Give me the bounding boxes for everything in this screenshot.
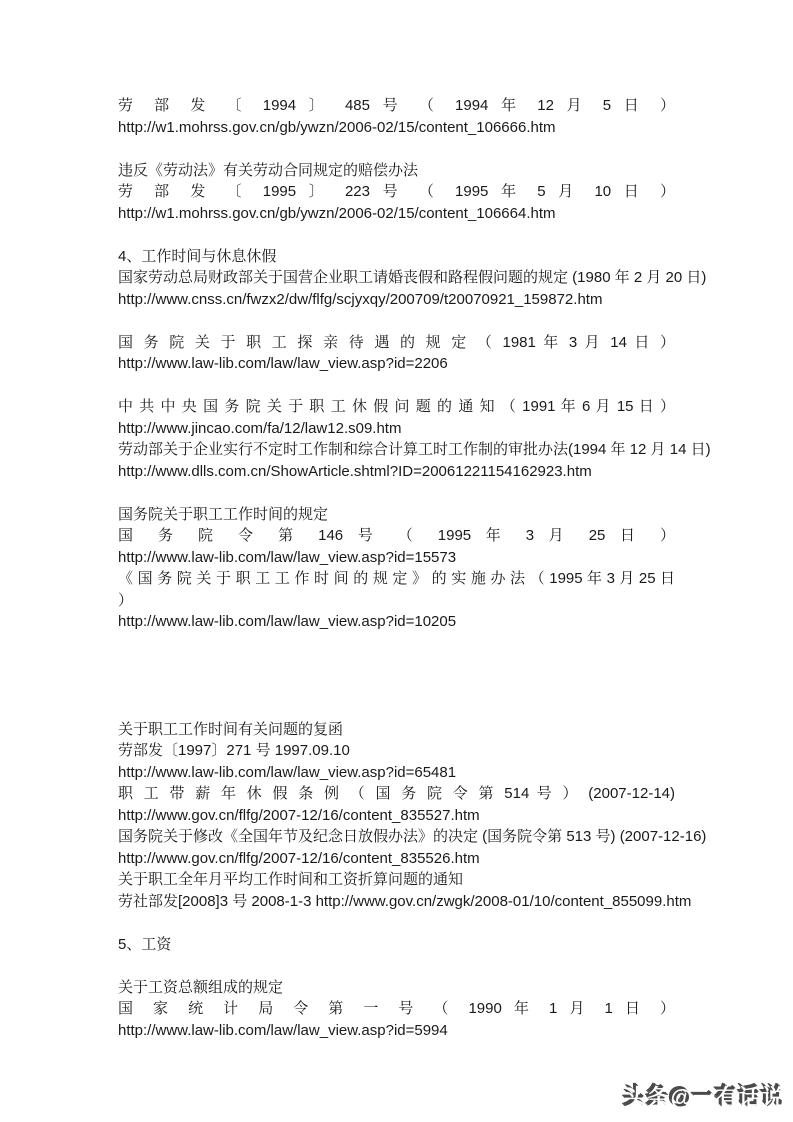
law-title-line: 中 共 中 央 国 务 院 关 于 职 工 休 假 问 题 的 通 知 （ 19… xyxy=(118,396,675,418)
blank-line xyxy=(118,697,675,719)
url-line: http://www.law-lib.com/law/law_view.asp?… xyxy=(118,762,675,784)
doc-number-line: 劳 部 发 〔 1995 〕 223 号 （ 1995 年 5 月 10 日 ） xyxy=(118,181,675,203)
blank-line xyxy=(118,654,675,676)
law-title-line: 国家劳动总局财政部关于国营企业职工请婚丧假和路程假问题的规定 (1980 年 2… xyxy=(118,267,675,289)
url-line: http://www.law-lib.com/law/law_view.asp?… xyxy=(118,547,675,569)
law-title-line: 关于职工全年月平均工作时间和工资折算问题的通知 xyxy=(118,869,675,891)
blank-line xyxy=(118,224,675,246)
document-body: 劳 部 发 〔 1994 〕 485 号 （ 1994 年 12 月 5 日 ）… xyxy=(118,95,675,1041)
doc-number-line: 国 家 统 计 局 令 第 一 号 （ 1990 年 1 月 1 日 ） xyxy=(118,998,675,1020)
law-title-line: 国务院关于职工工作时间的规定 xyxy=(118,504,675,526)
doc-number-line: 国 务 院 令 第 146 号 （ 1995 年 3 月 25 日 ） xyxy=(118,525,675,547)
url-line: http://www.law-lib.com/law/law_view.asp?… xyxy=(118,1020,675,1042)
section-heading: 4、工作时间与休息休假 xyxy=(118,246,675,268)
doc-number-line: 劳部发〔1997〕271 号 1997.09.10 xyxy=(118,740,675,762)
law-title-line: 违反《劳动法》有关劳动合同规定的赔偿办法 xyxy=(118,160,675,182)
url-line: http://www.law-lib.com/law/law_view.asp?… xyxy=(118,611,675,633)
law-title-line: 国 务 院 关 于 职 工 探 亲 待 遇 的 规 定 （ 1981 年 3 月… xyxy=(118,332,675,354)
blank-line xyxy=(118,138,675,160)
law-title-line: 《 国 务 院 关 于 职 工 工 作 时 间 的 规 定 》 的 实 施 办 … xyxy=(118,568,675,611)
blank-line xyxy=(118,310,675,332)
toutiao-watermark: 头条@一有话说 xyxy=(625,1081,785,1112)
doc-number-line: 劳社部发[2008]3 号 2008-1-3 http://www.gov.cn… xyxy=(118,891,675,913)
url-line: http://www.jincao.com/fa/12/law12.s09.ht… xyxy=(118,418,675,440)
section-heading: 5、工资 xyxy=(118,934,675,956)
url-line: http://www.dlls.com.cn/ShowArticle.shtml… xyxy=(118,461,675,483)
doc-number-line: 劳 部 发 〔 1994 〕 485 号 （ 1994 年 12 月 5 日 ） xyxy=(118,95,675,117)
law-title-line: 劳动部关于企业实行不定时工作制和综合计算工时工作制的审批办法(1994 年 12… xyxy=(118,439,675,461)
blank-line xyxy=(118,912,675,934)
blank-line xyxy=(118,375,675,397)
blank-line xyxy=(118,955,675,977)
law-title-line: 国务院关于修改《全国年节及纪念日放假办法》的决定 (国务院令第 513 号) (… xyxy=(118,826,675,848)
law-title-line: 关于职工工作时间有关问题的复函 xyxy=(118,719,675,741)
url-line: http://www.gov.cn/flfg/2007-12/16/conten… xyxy=(118,848,675,870)
url-line: http://www.cnss.cn/fwzx2/dw/flfg/scjyxqy… xyxy=(118,289,675,311)
url-line: http://w1.mohrss.gov.cn/gb/ywzn/2006-02/… xyxy=(118,117,675,139)
url-line: http://w1.mohrss.gov.cn/gb/ywzn/2006-02/… xyxy=(118,203,675,225)
law-title-line: 职 工 带 薪 年 休 假 条 例 （ 国 务 院 令 第 514 号 ） (2… xyxy=(118,783,675,805)
blank-line xyxy=(118,482,675,504)
blank-line xyxy=(118,633,675,655)
law-title-line: 关于工资总额组成的规定 xyxy=(118,977,675,999)
url-line: http://www.gov.cn/flfg/2007-12/16/conten… xyxy=(118,805,675,827)
url-line: http://www.law-lib.com/law/law_view.asp?… xyxy=(118,353,675,375)
blank-line xyxy=(118,676,675,698)
